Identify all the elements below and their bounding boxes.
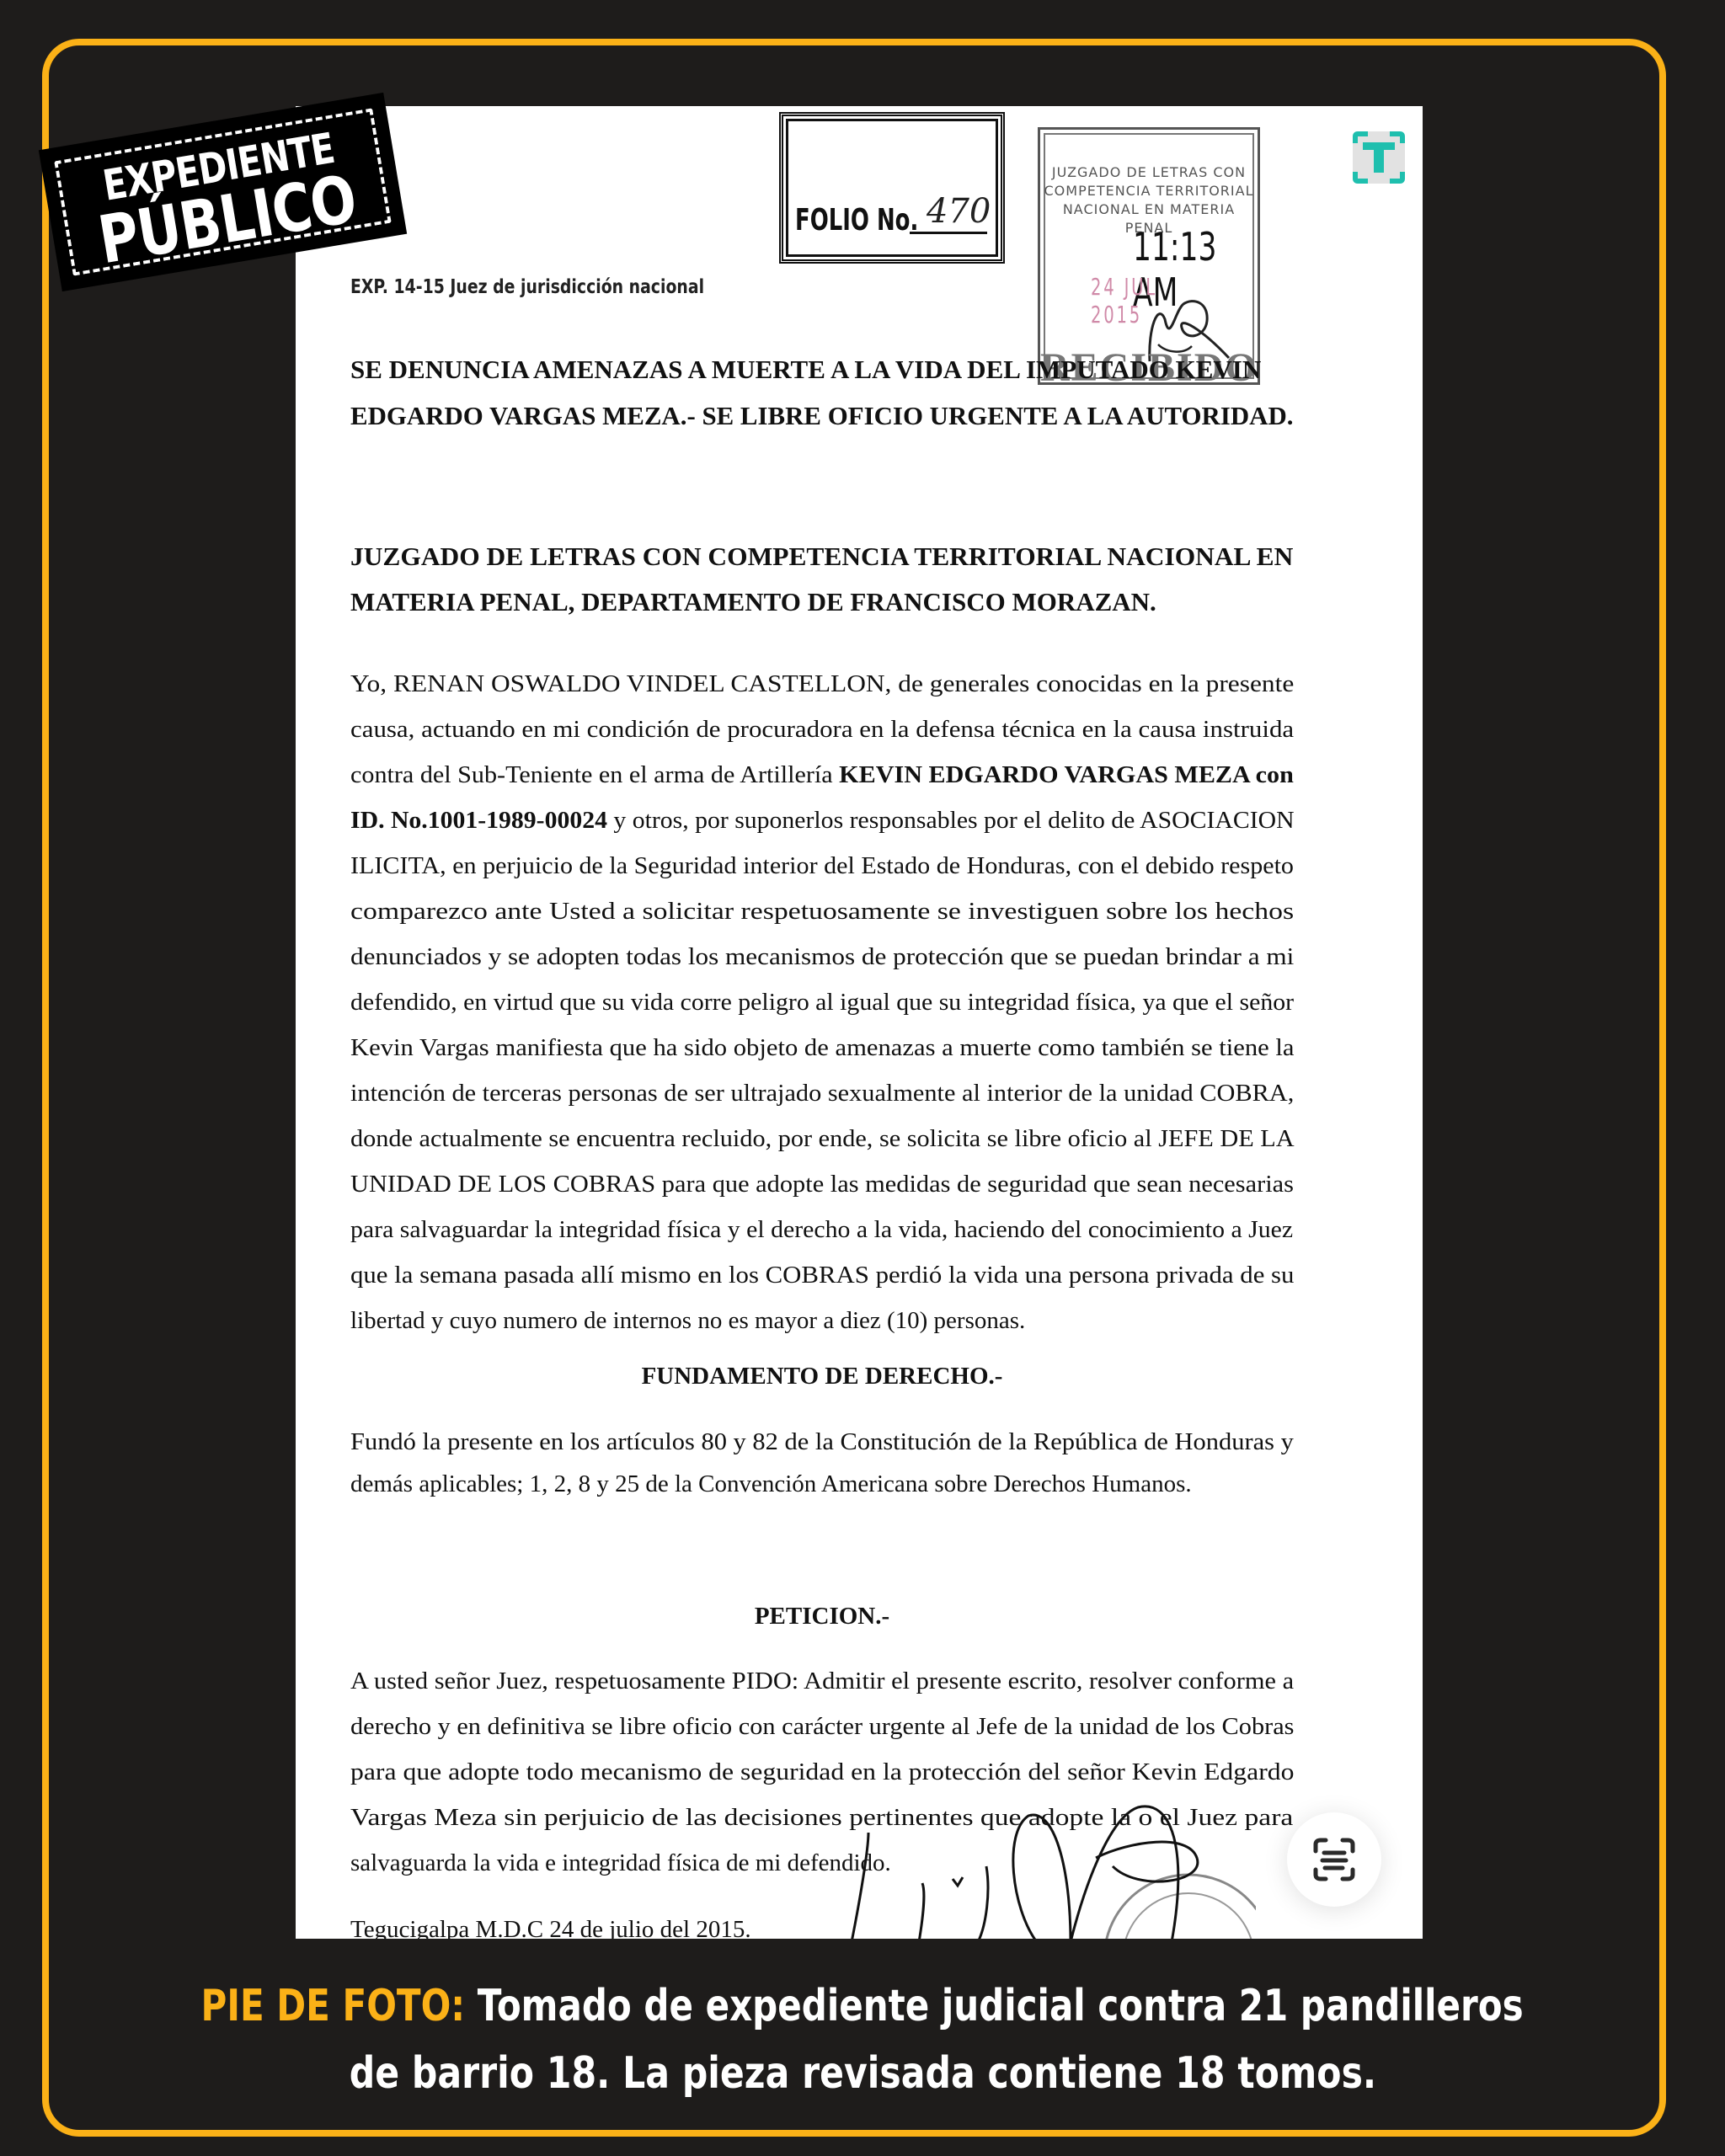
photo-caption-line-1: PIE DE FOTO: Tomado de expediente judici… bbox=[0, 1984, 1725, 2028]
scan-text-button[interactable] bbox=[1287, 1812, 1381, 1907]
received-header-line: JUZGADO DE LETRAS CON bbox=[1040, 163, 1258, 182]
text-recognition-badge-icon bbox=[1353, 131, 1405, 184]
caption-text-1: Tomado de expediente judicial contra 21 … bbox=[466, 1981, 1525, 2031]
paragraph-line: UNIDAD DE LOS COBRAS para que adopte las… bbox=[350, 1172, 1294, 1197]
paragraph-line: libertad y cuyo numero de internos no es… bbox=[350, 1309, 1025, 1333]
document-title-line-1: SE DENUNCIA AMENAZAS A MUERTE A LA VIDA … bbox=[350, 356, 1294, 382]
paragraph-line: para salvaguardar la integridad física y… bbox=[350, 1218, 1293, 1242]
scan-text-icon bbox=[1287, 1812, 1381, 1907]
paragraph-line: que la semana pasada allí mismo en los C… bbox=[350, 1263, 1294, 1288]
received-stamp: JUZGADO DE LETRAS CON COMPETENCIA TERRIT… bbox=[1038, 127, 1260, 385]
place-date: Tegucigalpa M.D.C 24 de julio del 2015. bbox=[350, 1918, 751, 1939]
paragraph-line: contra del Sub-Teniente en el arma de Ar… bbox=[350, 763, 1294, 787]
fundamento-line: Fundó la presente en los artículos 80 y … bbox=[350, 1430, 1294, 1454]
paragraph-line: derecho y en definitiva se libre oficio … bbox=[350, 1715, 1294, 1739]
paragraph-line: salvaguarda la vida e integridad física … bbox=[350, 1851, 891, 1876]
photo-caption-line-2: de barrio 18. La pieza revisada contiene… bbox=[0, 2052, 1725, 2095]
paragraph-line: Kevin Vargas manifiesta que ha sido obje… bbox=[350, 1036, 1295, 1060]
folio-number: 470 bbox=[927, 192, 991, 231]
text-recognition-badge[interactable] bbox=[1353, 131, 1405, 184]
peticion-heading: PETICION.- bbox=[350, 1603, 1294, 1630]
paragraph-line: ID. No.1001-1989-00024 y otros, por supo… bbox=[350, 808, 1295, 833]
caption-text-2: de barrio 18. La pieza revisada contiene… bbox=[349, 2052, 1375, 2095]
received-header-line: COMPETENCIA TERRITORIAL bbox=[1040, 182, 1258, 200]
paragraph-line: A usted señor Juez, respetuosamente PIDO… bbox=[350, 1669, 1294, 1694]
document-page: FOLIO No. 470 JUZGADO DE LETRAS CON COMP… bbox=[296, 106, 1423, 1939]
paragraph-line: denunciados y se adopten todas los mecan… bbox=[350, 945, 1294, 969]
paragraph-line: donde actualmente se encuentra recluido,… bbox=[350, 1127, 1295, 1151]
paragraph-line: ILICITA, en perjuicio de la Seguridad in… bbox=[350, 854, 1294, 878]
fundamento-heading: FUNDAMENTO DE DERECHO.- bbox=[350, 1363, 1294, 1390]
folio-stamp: FOLIO No. 470 bbox=[779, 112, 1005, 264]
paragraph-line: Yo, RENAN OSWALDO VINDEL CASTELLON, de g… bbox=[350, 672, 1294, 696]
court-heading-line-2: MATERIA PENAL, DEPARTAMENTO DE FRANCISCO… bbox=[350, 589, 1156, 615]
paragraph-line: causa, actuando en mi condición de procu… bbox=[350, 718, 1294, 742]
folio-label: FOLIO No. bbox=[795, 203, 918, 237]
case-number: EXP. 14-15 Juez de jurisdicción nacional bbox=[350, 276, 704, 298]
folio-underline bbox=[910, 232, 987, 234]
lawyer-signature-icon bbox=[818, 1799, 1256, 1939]
fundamento-line: demás aplicables; 1, 2, 8 y 25 de la Con… bbox=[350, 1472, 1192, 1497]
paragraph-line: intención de terceras personas de ser ul… bbox=[350, 1081, 1294, 1106]
paragraph-line: comparezco ante Usted a solicitar respet… bbox=[350, 899, 1294, 924]
paragraph-line: defendido, en virtud que su vida corre p… bbox=[350, 990, 1294, 1015]
caption-label: PIE DE FOTO: bbox=[201, 1981, 466, 2031]
court-heading-line-1: JUZGADO DE LETRAS CON COMPETENCIA TERRIT… bbox=[350, 543, 1293, 569]
document-title-line-2: EDGARDO VARGAS MEZA.- SE LIBRE OFICIO UR… bbox=[350, 403, 1293, 429]
paragraph-line: para que adopte todo mecanismo de seguri… bbox=[350, 1760, 1294, 1785]
